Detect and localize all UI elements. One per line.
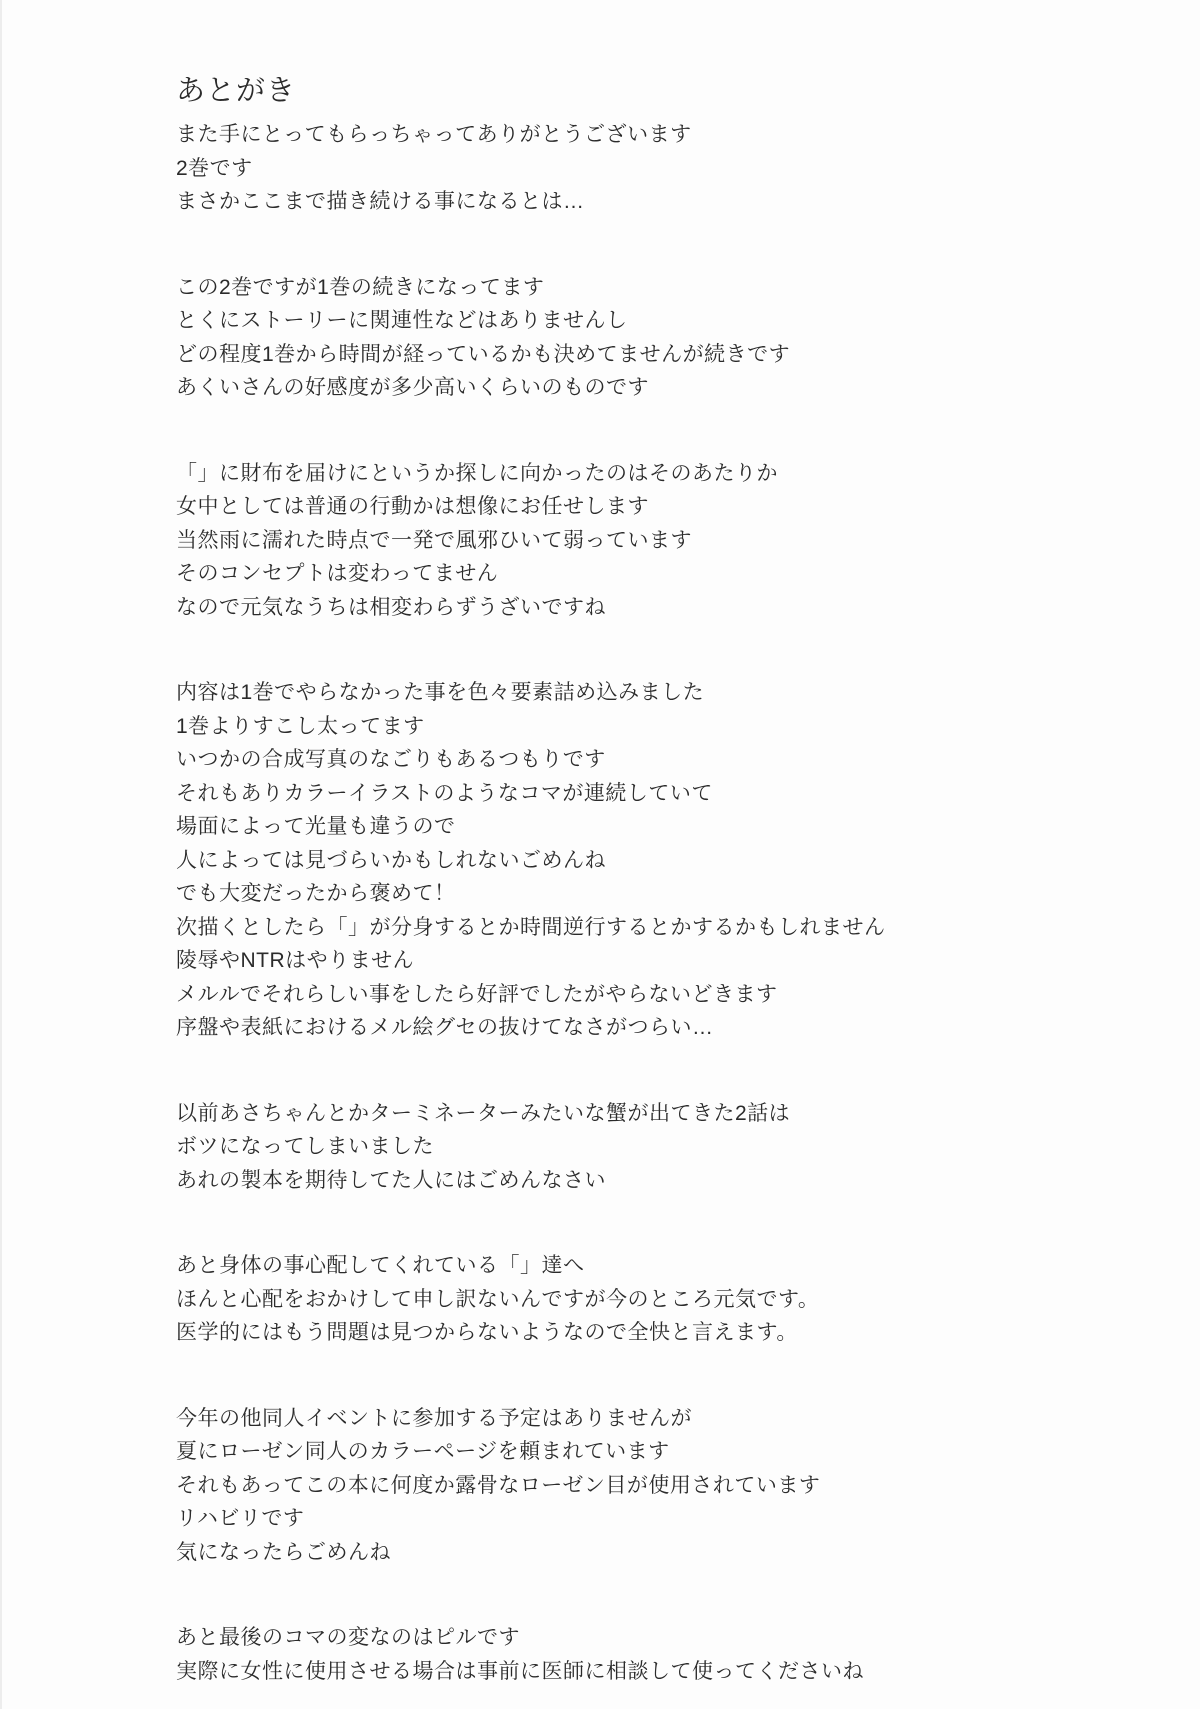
text-line: 医学的にはもう問題は見つからないようなので全快と言えます。: [176, 1316, 1116, 1350]
paragraph: 内容は1巻でやらなかった事を色々要素詰め込みました1巻よりすこし太ってますいつか…: [176, 676, 1116, 1045]
text-line: 以前あさちゃんとかターミネーターみたいな蟹が出てきた2話は: [176, 1097, 1116, 1131]
text-line: また手にとってもらっちゃってありがとうございます: [176, 118, 1116, 152]
text-line: どの程度1巻から時間が経っているかも決めてませんが続きです: [176, 338, 1116, 372]
text-line: あと最後のコマの変なのはピルです: [176, 1621, 1116, 1655]
text-line: でも大変だったから褒めて！: [176, 877, 1116, 911]
text-line: なので元気なうちは相変わらずうざいですね: [176, 591, 1116, 625]
paragraph: 今年の他同人イベントに参加する予定はありませんが夏にローゼン同人のカラーページを…: [176, 1402, 1116, 1570]
afterword-content: あとがき また手にとってもらっちゃってありがとうございます2巻ですまさかここまで…: [176, 72, 1116, 1688]
afterword-title: あとがき: [176, 72, 1116, 110]
text-line: そのコンセプトは変わってません: [176, 557, 1116, 591]
text-line: それもありカラーイラストのようなコマが連続していて: [176, 777, 1116, 811]
text-line: 「」に財布を届けにというか探しに向かったのはそのあたりか: [176, 457, 1116, 491]
text-line: 実際に女性に使用させる場合は事前に医師に相談して使ってくださいね: [176, 1655, 1116, 1689]
text-line: あと身体の事心配してくれている「」達へ: [176, 1249, 1116, 1283]
text-line: まさかここまで描き続ける事になるとは…: [176, 185, 1116, 219]
afterword-body: また手にとってもらっちゃってありがとうございます2巻ですまさかここまで描き続ける…: [176, 118, 1116, 1688]
text-line: 人によっては見づらいかもしれないごめんね: [176, 844, 1116, 878]
text-line: 次描くとしたら「」が分身するとか時間逆行するとかするかもしれません: [176, 911, 1116, 945]
text-line: 女中としては普通の行動かは想像にお任せします: [176, 490, 1116, 524]
text-line: ほんと心配をおかけして申し訳ないんですが今のところ元気です。: [176, 1283, 1116, 1317]
text-line: 気になったらごめんね: [176, 1536, 1116, 1570]
paragraph: また手にとってもらっちゃってありがとうございます2巻ですまさかここまで描き続ける…: [176, 118, 1116, 219]
text-line: 場面によって光量も違うので: [176, 810, 1116, 844]
paragraph: 「」に財布を届けにというか探しに向かったのはそのあたりか女中としては普通の行動か…: [176, 457, 1116, 625]
paragraph: この2巻ですが1巻の続きになってますとくにストーリーに関連性などはありませんしど…: [176, 271, 1116, 405]
text-line: それもあってこの本に何度か露骨なローゼン目が使用されています: [176, 1469, 1116, 1503]
text-line: 当然雨に濡れた時点で一発で風邪ひいて弱っています: [176, 524, 1116, 558]
text-line: 陵辱やNTRはやりません: [176, 944, 1116, 978]
scan-page: あとがき また手にとってもらっちゃってありがとうございます2巻ですまさかここまで…: [0, 0, 1200, 1709]
text-line: あくいさんの好感度が多少高いくらいのものです: [176, 371, 1116, 405]
paragraph: 以前あさちゃんとかターミネーターみたいな蟹が出てきた2話はボツになってしまいまし…: [176, 1097, 1116, 1198]
text-line: 1巻よりすこし太ってます: [176, 710, 1116, 744]
text-line: 内容は1巻でやらなかった事を色々要素詰め込みました: [176, 676, 1116, 710]
paragraph: あと最後のコマの変なのはピルです実際に女性に使用させる場合は事前に医師に相談して…: [176, 1621, 1116, 1688]
text-line: 夏にローゼン同人のカラーページを頼まれています: [176, 1435, 1116, 1469]
text-line: リハビリです: [176, 1502, 1116, 1536]
text-line: とくにストーリーに関連性などはありませんし: [176, 304, 1116, 338]
text-line: いつかの合成写真のなごりもあるつもりです: [176, 743, 1116, 777]
paragraph: あと身体の事心配してくれている「」達へほんと心配をおかけして申し訳ないんですが今…: [176, 1249, 1116, 1350]
text-line: 序盤や表紙におけるメル絵グセの抜けてなさがつらい…: [176, 1011, 1116, 1045]
text-line: 今年の他同人イベントに参加する予定はありませんが: [176, 1402, 1116, 1436]
text-line: あれの製本を期待してた人にはごめんなさい: [176, 1164, 1116, 1198]
text-line: 2巻です: [176, 152, 1116, 186]
text-line: ボツになってしまいました: [176, 1130, 1116, 1164]
text-line: メルルでそれらしい事をしたら好評でしたがやらないどきます: [176, 978, 1116, 1012]
text-line: この2巻ですが1巻の続きになってます: [176, 271, 1116, 305]
